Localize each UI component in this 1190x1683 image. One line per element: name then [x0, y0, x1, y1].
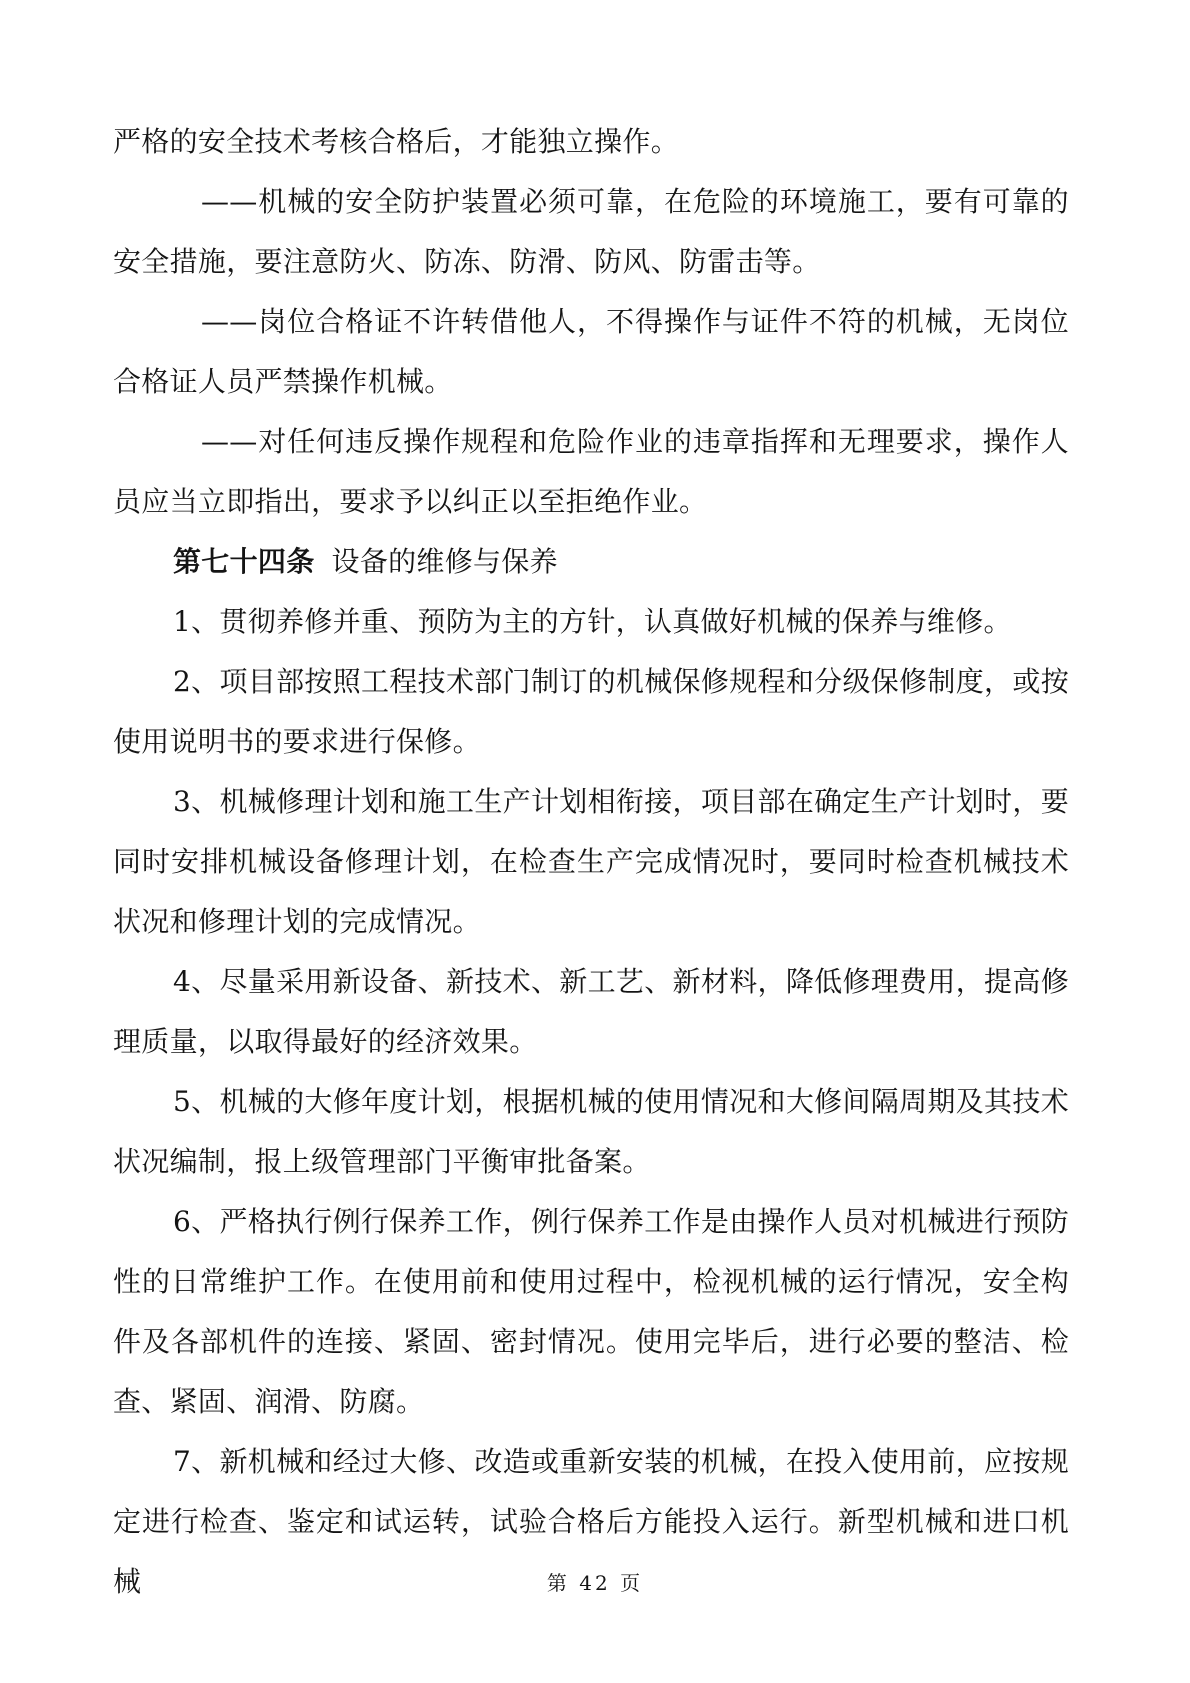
list-item-5: 5、机械的大修年度计划，根据机械的使用情况和大修间隔周期及其技术状况编制，报上级… [113, 1072, 1069, 1192]
document-body: 严格的安全技术考核合格后，才能独立操作。 ——机械的安全防护装置必须可靠，在危险… [113, 112, 1069, 1612]
page-footer: 第 42 页 [0, 1568, 1190, 1598]
article-heading: 第七十四条设备的维修与保养 [113, 532, 1069, 592]
paragraph-dash-safety-devices: ——机械的安全防护装置必须可靠，在危险的环境施工，要有可靠的安全措施，要注意防火… [113, 172, 1069, 292]
paragraph-continuation: 严格的安全技术考核合格后，才能独立操作。 [113, 112, 1069, 172]
list-item-2: 2、项目部按照工程技术部门制订的机械保修规程和分级保修制度，或按使用说明书的要求… [113, 652, 1069, 772]
article-number: 第七十四条 [173, 545, 315, 578]
paragraph-dash-certificates: ——岗位合格证不许转借他人，不得操作与证件不符的机械，无岗位合格证人员严禁操作机… [113, 292, 1069, 412]
paragraph-dash-violations: ——对任何违反操作规程和危险作业的违章指挥和无理要求，操作人员应当立即指出，要求… [113, 412, 1069, 532]
document-page: 严格的安全技术考核合格后，才能独立操作。 ——机械的安全防护装置必须可靠，在危险… [0, 0, 1190, 1683]
list-item-6: 6、严格执行例行保养工作，例行保养工作是由操作人员对机械进行预防性的日常维护工作… [113, 1192, 1069, 1432]
list-item-1: 1、贯彻养修并重、预防为主的方针，认真做好机械的保养与维修。 [113, 592, 1069, 652]
page-number: 第 42 页 [547, 1571, 643, 1595]
list-item-4: 4、尽量采用新设备、新技术、新工艺、新材料，降低修理费用，提高修理质量，以取得最… [113, 952, 1069, 1072]
article-title: 设备的维修与保养 [332, 545, 558, 578]
list-item-3: 3、机械修理计划和施工生产计划相衔接，项目部在确定生产计划时，要同时安排机械设备… [113, 772, 1069, 952]
